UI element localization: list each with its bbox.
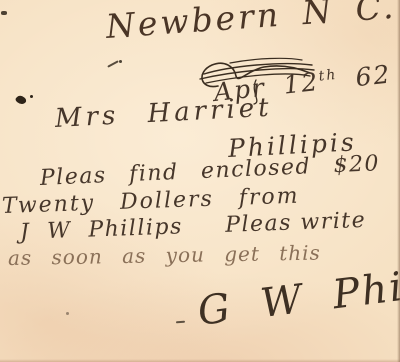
ink-dash-dot <box>119 60 122 63</box>
ink-dash <box>107 60 119 67</box>
body-line-closing: as soon as you get this <box>8 243 321 268</box>
addressee-name-line1: Mrs Harriet <box>54 95 273 132</box>
edge-ink-mark <box>1 11 7 15</box>
letter-place-dateline: Newbern N C. <box>105 0 397 43</box>
faint-ink-dot <box>66 312 69 315</box>
ink-dot <box>30 95 33 98</box>
date-year: 62 <box>336 59 393 93</box>
ink-blot <box>15 94 28 107</box>
date-ordinal: th <box>318 67 338 85</box>
body-line-enclosed: Pleas find enclosed $20 <box>40 153 381 190</box>
signature-dash <box>176 321 185 324</box>
signature: G W Phillips <box>196 255 400 331</box>
letter-scan: Newbern N C. Apr 12th 62 Mrs Harriet Phi… <box>0 0 400 362</box>
